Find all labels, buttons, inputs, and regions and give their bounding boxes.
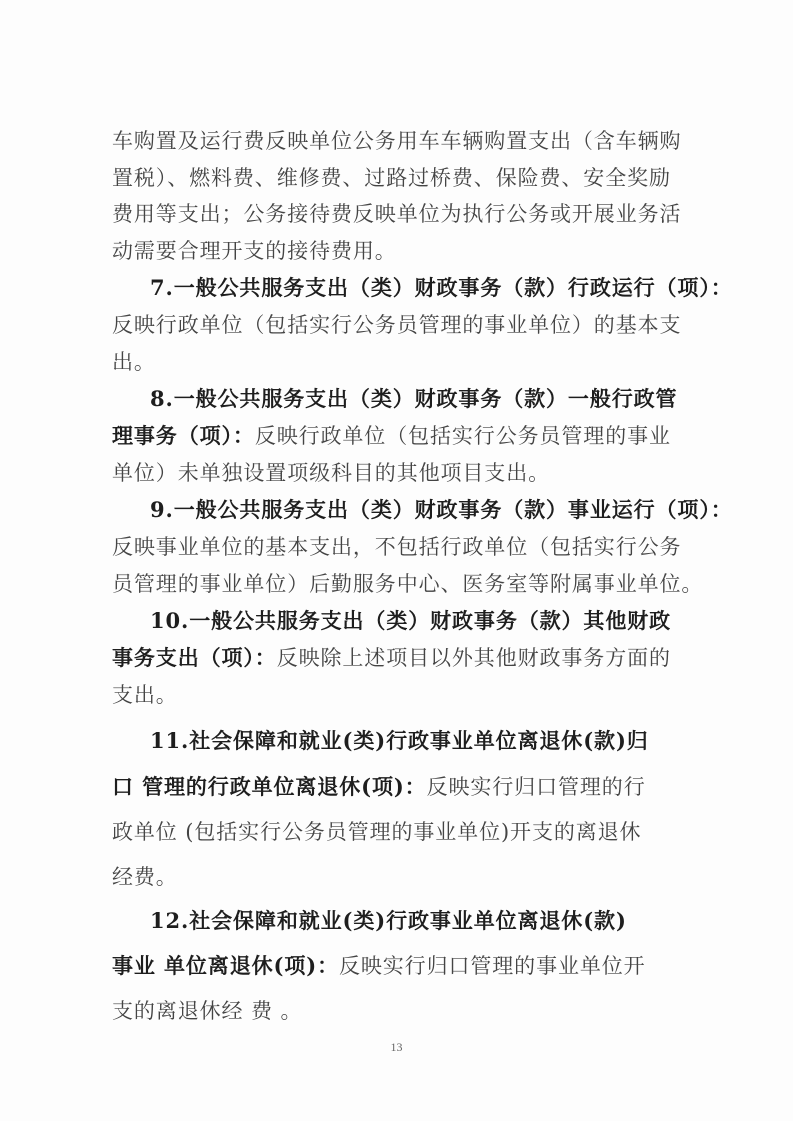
body-text-line: 置税）、燃料费、维修费、过路过桥费、保险费、安全奖励 <box>112 164 672 192</box>
item-11-heading: 11.社会保障和就业(类)行政事业单位离退休(款)归 <box>150 727 672 755</box>
body-text: 反映实行归口管理的事业单位开 <box>339 954 646 978</box>
item-12-heading-continued-line: 事业 单位离退休(项)：反映实行归口管理的事业单位开 <box>112 952 672 980</box>
body-text-line: 员管理的事业单位）后勤服务中心、医务室等附属事业单位。 <box>112 570 672 598</box>
body-text-line: 出。 <box>112 348 672 376</box>
item-7-heading: 7.一般公共服务支出（类）财政事务（款）行政运行（项）： <box>150 274 672 302</box>
item-8-heading-continued-line: 理事务（项）：反映行政单位（包括实行公务员管理的事业 <box>112 422 672 450</box>
body-text: 反映行政单位（包括实行公务员管理的事业 <box>255 424 671 448</box>
body-text-line: 经费。 <box>112 863 672 891</box>
item-10-heading-continued-line: 事务支出（项）：反映除上述项目以外其他财政事务方面的 <box>112 644 672 672</box>
body-text-line: 费用等支出；公务接待费反映单位为执行公务或开展业务活 <box>112 200 672 228</box>
body-text-line: 反映事业单位的基本支出，不包括行政单位（包括实行公务 <box>112 533 672 561</box>
item-10-heading: 10.一般公共服务支出（类）财政事务（款）其他财政 <box>150 607 672 635</box>
item-9-heading: 9.一般公共服务支出（类）财政事务（款）事业运行（项）： <box>150 496 672 524</box>
body-text-line: 单位）未单独设置项级科目的其他项目支出。 <box>112 459 672 487</box>
item-12-heading-continued: 事业 单位离退休(项)： <box>112 953 339 978</box>
item-8-heading-continued: 理事务（项）： <box>112 423 255 448</box>
body-text-line: 反映行政单位（包括实行公务员管理的事业单位）的基本支 <box>112 311 672 339</box>
body-text: 反映除上述项目以外其他财政事务方面的 <box>277 646 671 670</box>
item-12-heading: 12.社会保障和就业(类)行政事业单位离退休(款) <box>150 907 672 935</box>
body-text-line: 动需要合理开支的接待费用。 <box>112 237 672 265</box>
body-text-line: 支的离退休经 费 。 <box>112 997 672 1025</box>
item-10-heading-continued: 事务支出（项）： <box>112 645 277 670</box>
item-11-heading-continued: 口 管理的行政单位离退休(项)： <box>112 774 427 799</box>
document-page: 车购置及运行费反映单位公务用车车辆购置支出（含车辆购 置税）、燃料费、维修费、过… <box>0 0 793 1121</box>
body-text: 反映实行归口管理的行 <box>427 775 646 799</box>
item-11-heading-continued-line: 口 管理的行政单位离退休(项)：反映实行归口管理的行 <box>112 773 672 801</box>
body-text-line: 政单位 (包括实行公务员管理的事业单位)开支的离退休 <box>112 818 672 846</box>
body-text-line: 支出。 <box>112 681 672 709</box>
page-number: 13 <box>0 1040 793 1055</box>
body-text-line: 车购置及运行费反映单位公务用车车辆购置支出（含车辆购 <box>112 127 672 155</box>
item-8-heading: 8.一般公共服务支出（类）财政事务（款）一般行政管 <box>150 385 672 413</box>
